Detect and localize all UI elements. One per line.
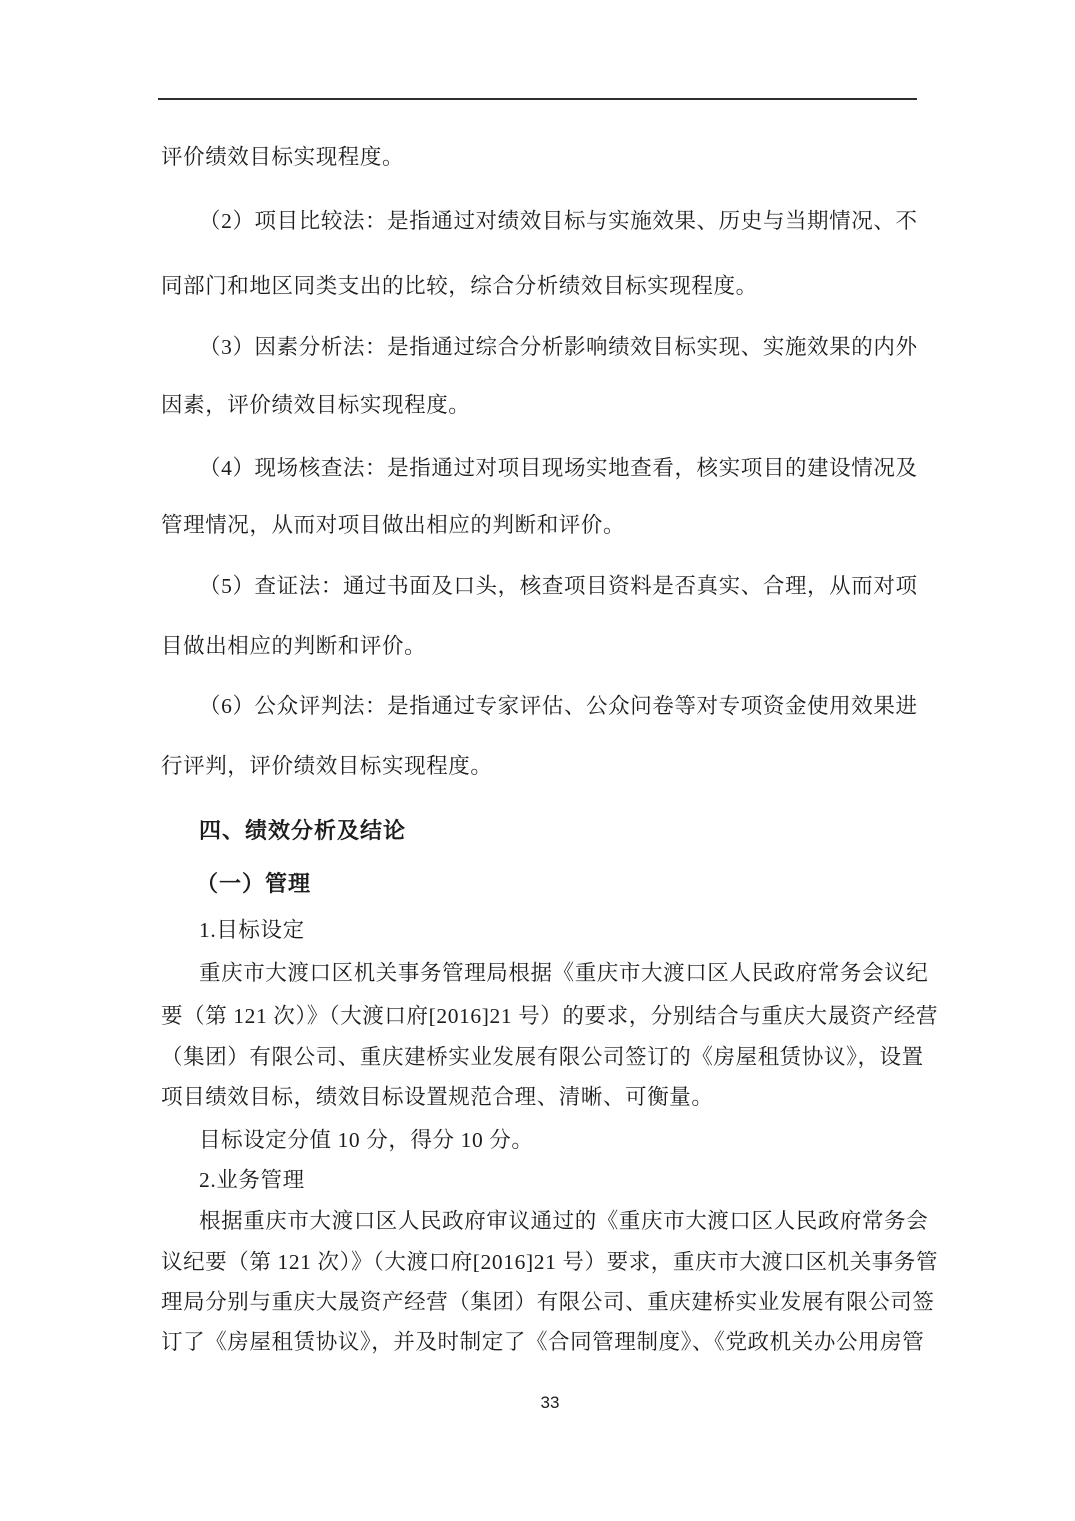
paragraph-line: 项目绩效目标，绩效目标设置规范合理、清晰、可衡量。 — [161, 1086, 714, 1109]
page-number: 33 — [160, 1393, 940, 1413]
paragraph-line: 重庆市大渡口区机关事务管理局根据《重庆市大渡口区人民政府常务会议纪 — [199, 962, 928, 985]
subsection-heading: （一）管理 — [196, 872, 311, 895]
paragraph-line: 管理情况，从而对项目做出相应的判断和评价。 — [161, 514, 625, 537]
paragraph-line: 评价绩效目标实现程度。 — [161, 146, 404, 169]
list-item-line: （6）公众评判法：是指通过专家评估、公众问卷等对专项资金使用效果进 — [199, 695, 918, 718]
numbered-item-heading: 1.目标设定 — [199, 919, 305, 942]
paragraph-line: 要（第 121 次）》（大渡口府[2016]21 号）的要求，分别结合与重庆大晟… — [161, 1005, 938, 1028]
paragraph-line: 因素，评价绩效目标实现程度。 — [161, 394, 470, 417]
paragraph-line: 同部门和地区同类支出的比较，综合分析绩效目标实现程度。 — [161, 275, 758, 298]
list-item-line: （4）现场核查法：是指通过对项目现场实地查看，核实项目的建设情况及 — [199, 457, 918, 480]
paragraph-line: 理局分别与重庆大晟资产经营（集团）有限公司、重庆建桥实业发展有限公司签 — [161, 1291, 935, 1314]
paragraph-line: 根据重庆市大渡口区人民政府审议通过的《重庆市大渡口区人民政府常务会 — [199, 1210, 928, 1233]
numbered-item-heading: 2.业务管理 — [199, 1169, 305, 1192]
paragraph-line: 议纪要（第 121 次）》（大渡口府[2016]21 号）要求，重庆市大渡口区机… — [161, 1251, 938, 1274]
paragraph-line: 订了《房屋租赁协议》，并及时制定了《合同管理制度》、《党政机关办公用房管 — [161, 1331, 924, 1354]
list-item-line: （3）因素分析法：是指通过综合分析影响绩效目标实现、实施效果的内外 — [199, 336, 918, 359]
paragraph-line: 目做出相应的判断和评价。 — [161, 635, 426, 658]
section-heading: 四、绩效分析及结论 — [199, 819, 406, 842]
list-item-line: （5）查证法：通过书面及口头，核查项目资料是否真实、合理，从而对项 — [199, 575, 918, 598]
paragraph-line: 行评判，评价绩效目标实现程度。 — [161, 755, 493, 778]
list-item-line: （2）项目比较法：是指通过对绩效目标与实施效果、历史与当期情况、不 — [199, 210, 918, 233]
score-line: 目标设定分值 10 分，得分 10 分。 — [199, 1129, 534, 1152]
paragraph-line: （集团）有限公司、重庆建桥实业发展有限公司签订的《房屋租赁协议》，设置 — [161, 1046, 924, 1069]
document-page: 评价绩效目标实现程度。 （2）项目比较法：是指通过对绩效目标与实施效果、历史与当… — [0, 0, 1075, 1521]
header-rule — [158, 98, 917, 100]
